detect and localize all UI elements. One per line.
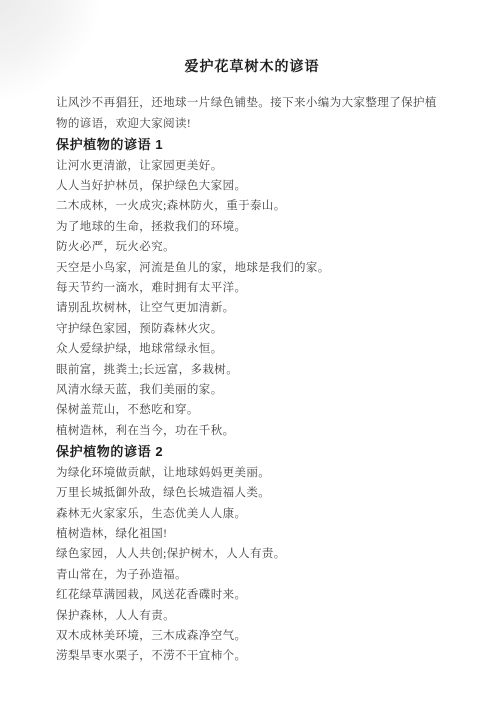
proverb-line: 为了地球的生命，拯救我们的环境。 — [56, 217, 448, 237]
proverb-line: 为绿化环境做贡献，让地球妈妈更美丽。 — [56, 463, 448, 483]
section-2-heading: 保护植物的谚语 2 — [56, 441, 448, 463]
proverb-line: 每天节约一滴水，难时拥有太平洋。 — [56, 278, 448, 298]
proverb-line: 绿色家园，人人共创;保护树木，人人有责。 — [56, 544, 448, 564]
document-content: 爱护花草树木的谚语 让风沙不再猖狂，还地球一片绿色铺垫。接下来小编为大家整理了保… — [0, 0, 500, 667]
proverb-line: 双木成林美环境，三木成森净空气。 — [56, 626, 448, 646]
proverb-line: 天空是小鸟家，河流是鱼儿的家，地球是我们的家。 — [56, 258, 448, 278]
intro-paragraph: 让风沙不再猖狂，还地球一片绿色铺垫。接下来小编为大家整理了保护植物的谚语，欢迎大… — [56, 93, 448, 134]
proverb-line: 风清水绿天蓝，我们美丽的家。 — [56, 380, 448, 400]
proverb-line: 保树盖荒山，不愁吃和穿。 — [56, 400, 448, 420]
proverb-line: 森林无火家家乐，生态优美人人康。 — [56, 504, 448, 524]
proverb-line: 众人爱绿护绿，地球常绿永恒。 — [56, 339, 448, 359]
proverb-line: 二木成林，一火成灾;森林防火，重于泰山。 — [56, 196, 448, 216]
proverb-line: 青山常在，为子孙造福。 — [56, 565, 448, 585]
proverb-line: 人人当好护林员，保护绿色大家园。 — [56, 176, 448, 196]
document-page: 爱护花草树木的谚语 让风沙不再猖狂，还地球一片绿色铺垫。接下来小编为大家整理了保… — [0, 0, 500, 707]
proverb-line: 眼前富，挑粪土;长远富，多栽树。 — [56, 360, 448, 380]
proverb-line: 请别乱坎树林，让空气更加清新。 — [56, 298, 448, 318]
proverb-line: 万里长城抵御外敌，绿色长城造福人类。 — [56, 483, 448, 503]
proverb-line: 植树造林，利在当今，功在千秋。 — [56, 421, 448, 441]
proverb-line: 红花绿草满园栽，风送花香碟时来。 — [56, 585, 448, 605]
section-1-heading: 保护植物的谚语 1 — [56, 134, 448, 156]
proverb-line: 植树造林，绿化祖国! — [56, 524, 448, 544]
proverb-line: 防火必严，玩火必究。 — [56, 237, 448, 257]
proverb-line: 保护森林，人人有责。 — [56, 606, 448, 626]
proverb-line: 涝梨旱枣水栗子，不涝不干宜柿个。 — [56, 646, 448, 666]
proverb-line: 守护绿色家园，预防森林火灾。 — [56, 319, 448, 339]
proverb-line: 让河水更清澈，让家园更美好。 — [56, 156, 448, 176]
page-title: 爱护花草树木的谚语 — [56, 46, 448, 76]
